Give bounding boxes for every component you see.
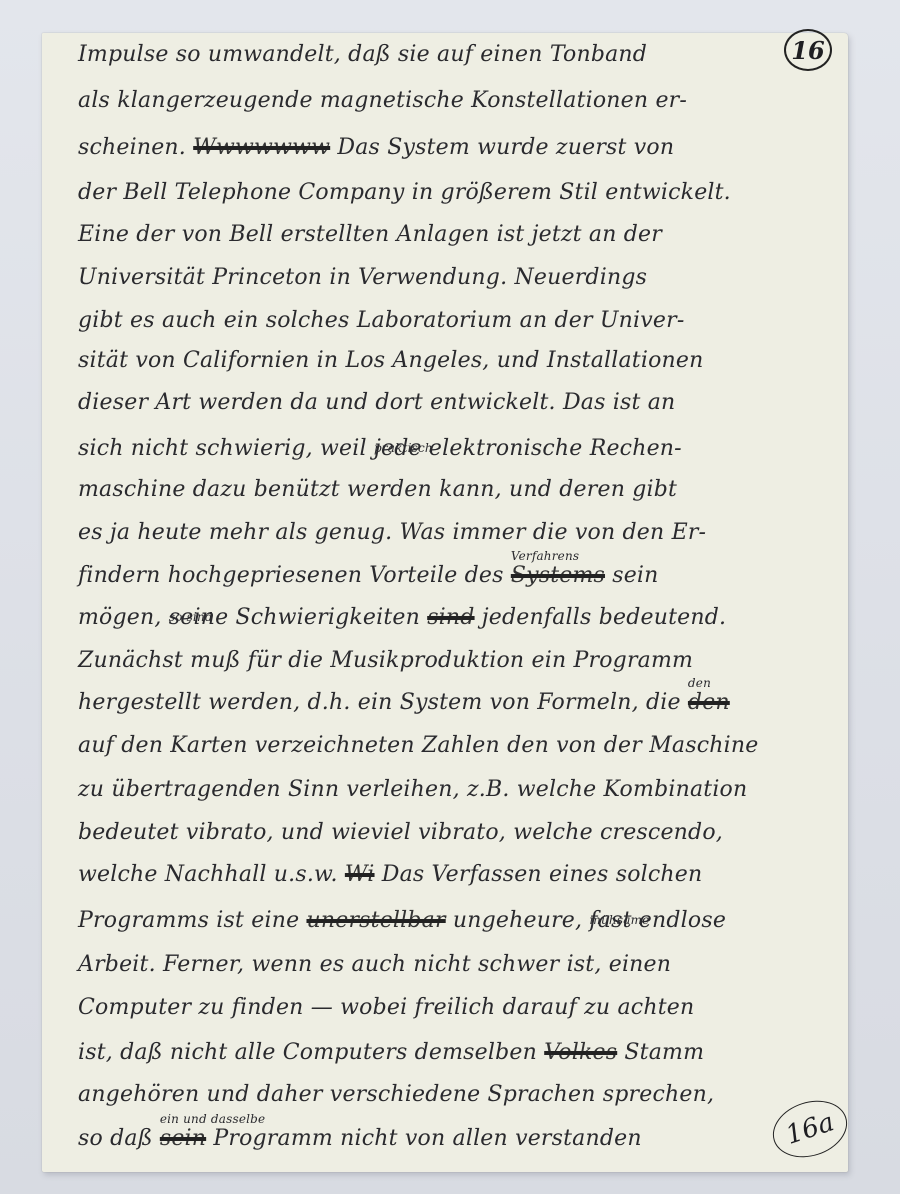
- page-number-top: 16: [784, 29, 832, 71]
- line-text: ist, daß nicht alle Computers demselben: [78, 1040, 544, 1065]
- manuscript-line-16: hergestellt werden, d.h. ein System von …: [78, 690, 730, 715]
- manuscript-line-10: sich nicht schwierig, weil praktischjede…: [78, 436, 682, 461]
- manuscript-line-18: zu übertragenden Sinn verleihen, z.B. we…: [78, 777, 747, 802]
- manuscript-line-6: Universität Princeton in Verwendung. Neu…: [78, 265, 647, 290]
- line-text: Das Verfassen eines solchen: [375, 862, 703, 887]
- struck-text: Systems: [511, 563, 605, 588]
- manuscript-line-17: auf den Karten verzeichneten Zahlen den …: [78, 733, 758, 758]
- manuscript-line-3: scheinen. Wwwwwww Das System wurde zuers…: [78, 135, 674, 160]
- line-text: findern hochgepriesenen Vorteile des: [78, 563, 511, 588]
- manuscript-line-5: Eine der von Bell erstellten Anlagen ist…: [78, 222, 662, 247]
- manuscript-line-4: der Bell Telephone Company in größerem S…: [78, 180, 731, 205]
- line-text: ungeheure,: [446, 908, 590, 933]
- line-text: so daß: [78, 1126, 160, 1151]
- manuscript-line-19: bedeutet vibrato, und wieviel vibrato, w…: [78, 820, 723, 845]
- manuscript-line-1: Impulse so umwandelt, daß sie auf einen …: [78, 42, 647, 67]
- manuscript-line-9: dieser Art werden da und dort entwickelt…: [78, 390, 675, 415]
- struck-text: sind: [427, 605, 474, 630]
- line-text: sein: [605, 563, 659, 588]
- insertion-above: so sind: [169, 610, 213, 624]
- line-text: hergestellt werden, d.h. ein System von …: [78, 690, 688, 715]
- manuscript-line-13: findern hochgepriesenen Vorteile des Sys…: [78, 563, 659, 588]
- line-text: scheinen.: [78, 135, 193, 160]
- line-text: welche Nachhall u.s.w.: [78, 862, 345, 887]
- insertion-above: den: [688, 676, 711, 690]
- manuscript-line-24: ist, daß nicht alle Computers demselben …: [78, 1040, 704, 1065]
- manuscript-line-12: es ja heute mehr als genug. Was immer di…: [78, 520, 706, 545]
- inserted-text: denden: [688, 690, 730, 715]
- manuscript-line-11: maschine dazu benützt werden kann, und d…: [78, 477, 677, 502]
- line-text: Stamm: [617, 1040, 704, 1065]
- struck-text: Wwwwwww: [193, 135, 330, 160]
- insertion-above: mühsame: [589, 913, 649, 927]
- manuscript-line-23: Computer zu finden — wobei freilich dara…: [78, 995, 694, 1020]
- struck-text: sein: [160, 1126, 206, 1151]
- manuscript-line-2: als klangerzeugende magnetische Konstell…: [78, 88, 687, 113]
- manuscript-line-25: angehören und daher verschiedene Sprache…: [78, 1082, 714, 1107]
- manuscript-line-8: sität von Californien in Los Angeles, un…: [78, 348, 703, 373]
- struck-text: den: [688, 690, 730, 715]
- line-text: Das System wurde zuerst von: [330, 135, 674, 160]
- inserted-text: seinein und dasselbe: [160, 1126, 206, 1151]
- manuscript-line-15: Zunächst muß für die Musikproduktion ein…: [78, 648, 693, 673]
- line-text: Programms ist eine: [78, 908, 306, 933]
- manuscript-line-22: Arbeit. Ferner, wenn es auch nicht schwe…: [78, 952, 671, 977]
- manuscript-line-26: so daß seinein und dasselbe Programm nic…: [78, 1126, 642, 1151]
- struck-text: Volkes: [544, 1040, 617, 1065]
- insertion-above: Verfahrens: [511, 549, 579, 563]
- struck-text: unerstellbar: [306, 908, 445, 933]
- line-text: mögen,: [78, 605, 169, 630]
- insertion-above: praktisch: [374, 441, 433, 455]
- inserted-text: SystemsVerfahrens: [511, 563, 605, 588]
- manuscript-line-20: welche Nachhall u.s.w. Wi Das Verfassen …: [78, 862, 702, 887]
- struck-text: Wi: [345, 862, 375, 887]
- line-text: Programm nicht von allen verstanden: [206, 1126, 642, 1151]
- manuscript-line-21: Programms ist eine unerstellbar ungeheur…: [78, 908, 726, 933]
- line-text: sich nicht schwierig, weil: [78, 436, 374, 461]
- manuscript-line-7: gibt es auch ein solches Laboratorium an…: [78, 308, 684, 333]
- manuscript-line-14: mögen, so sindseine Schwierigkeiten sind…: [78, 605, 726, 630]
- insertion-above: ein und dasselbe: [160, 1112, 266, 1126]
- line-text: jedenfalls bedeutend.: [475, 605, 727, 630]
